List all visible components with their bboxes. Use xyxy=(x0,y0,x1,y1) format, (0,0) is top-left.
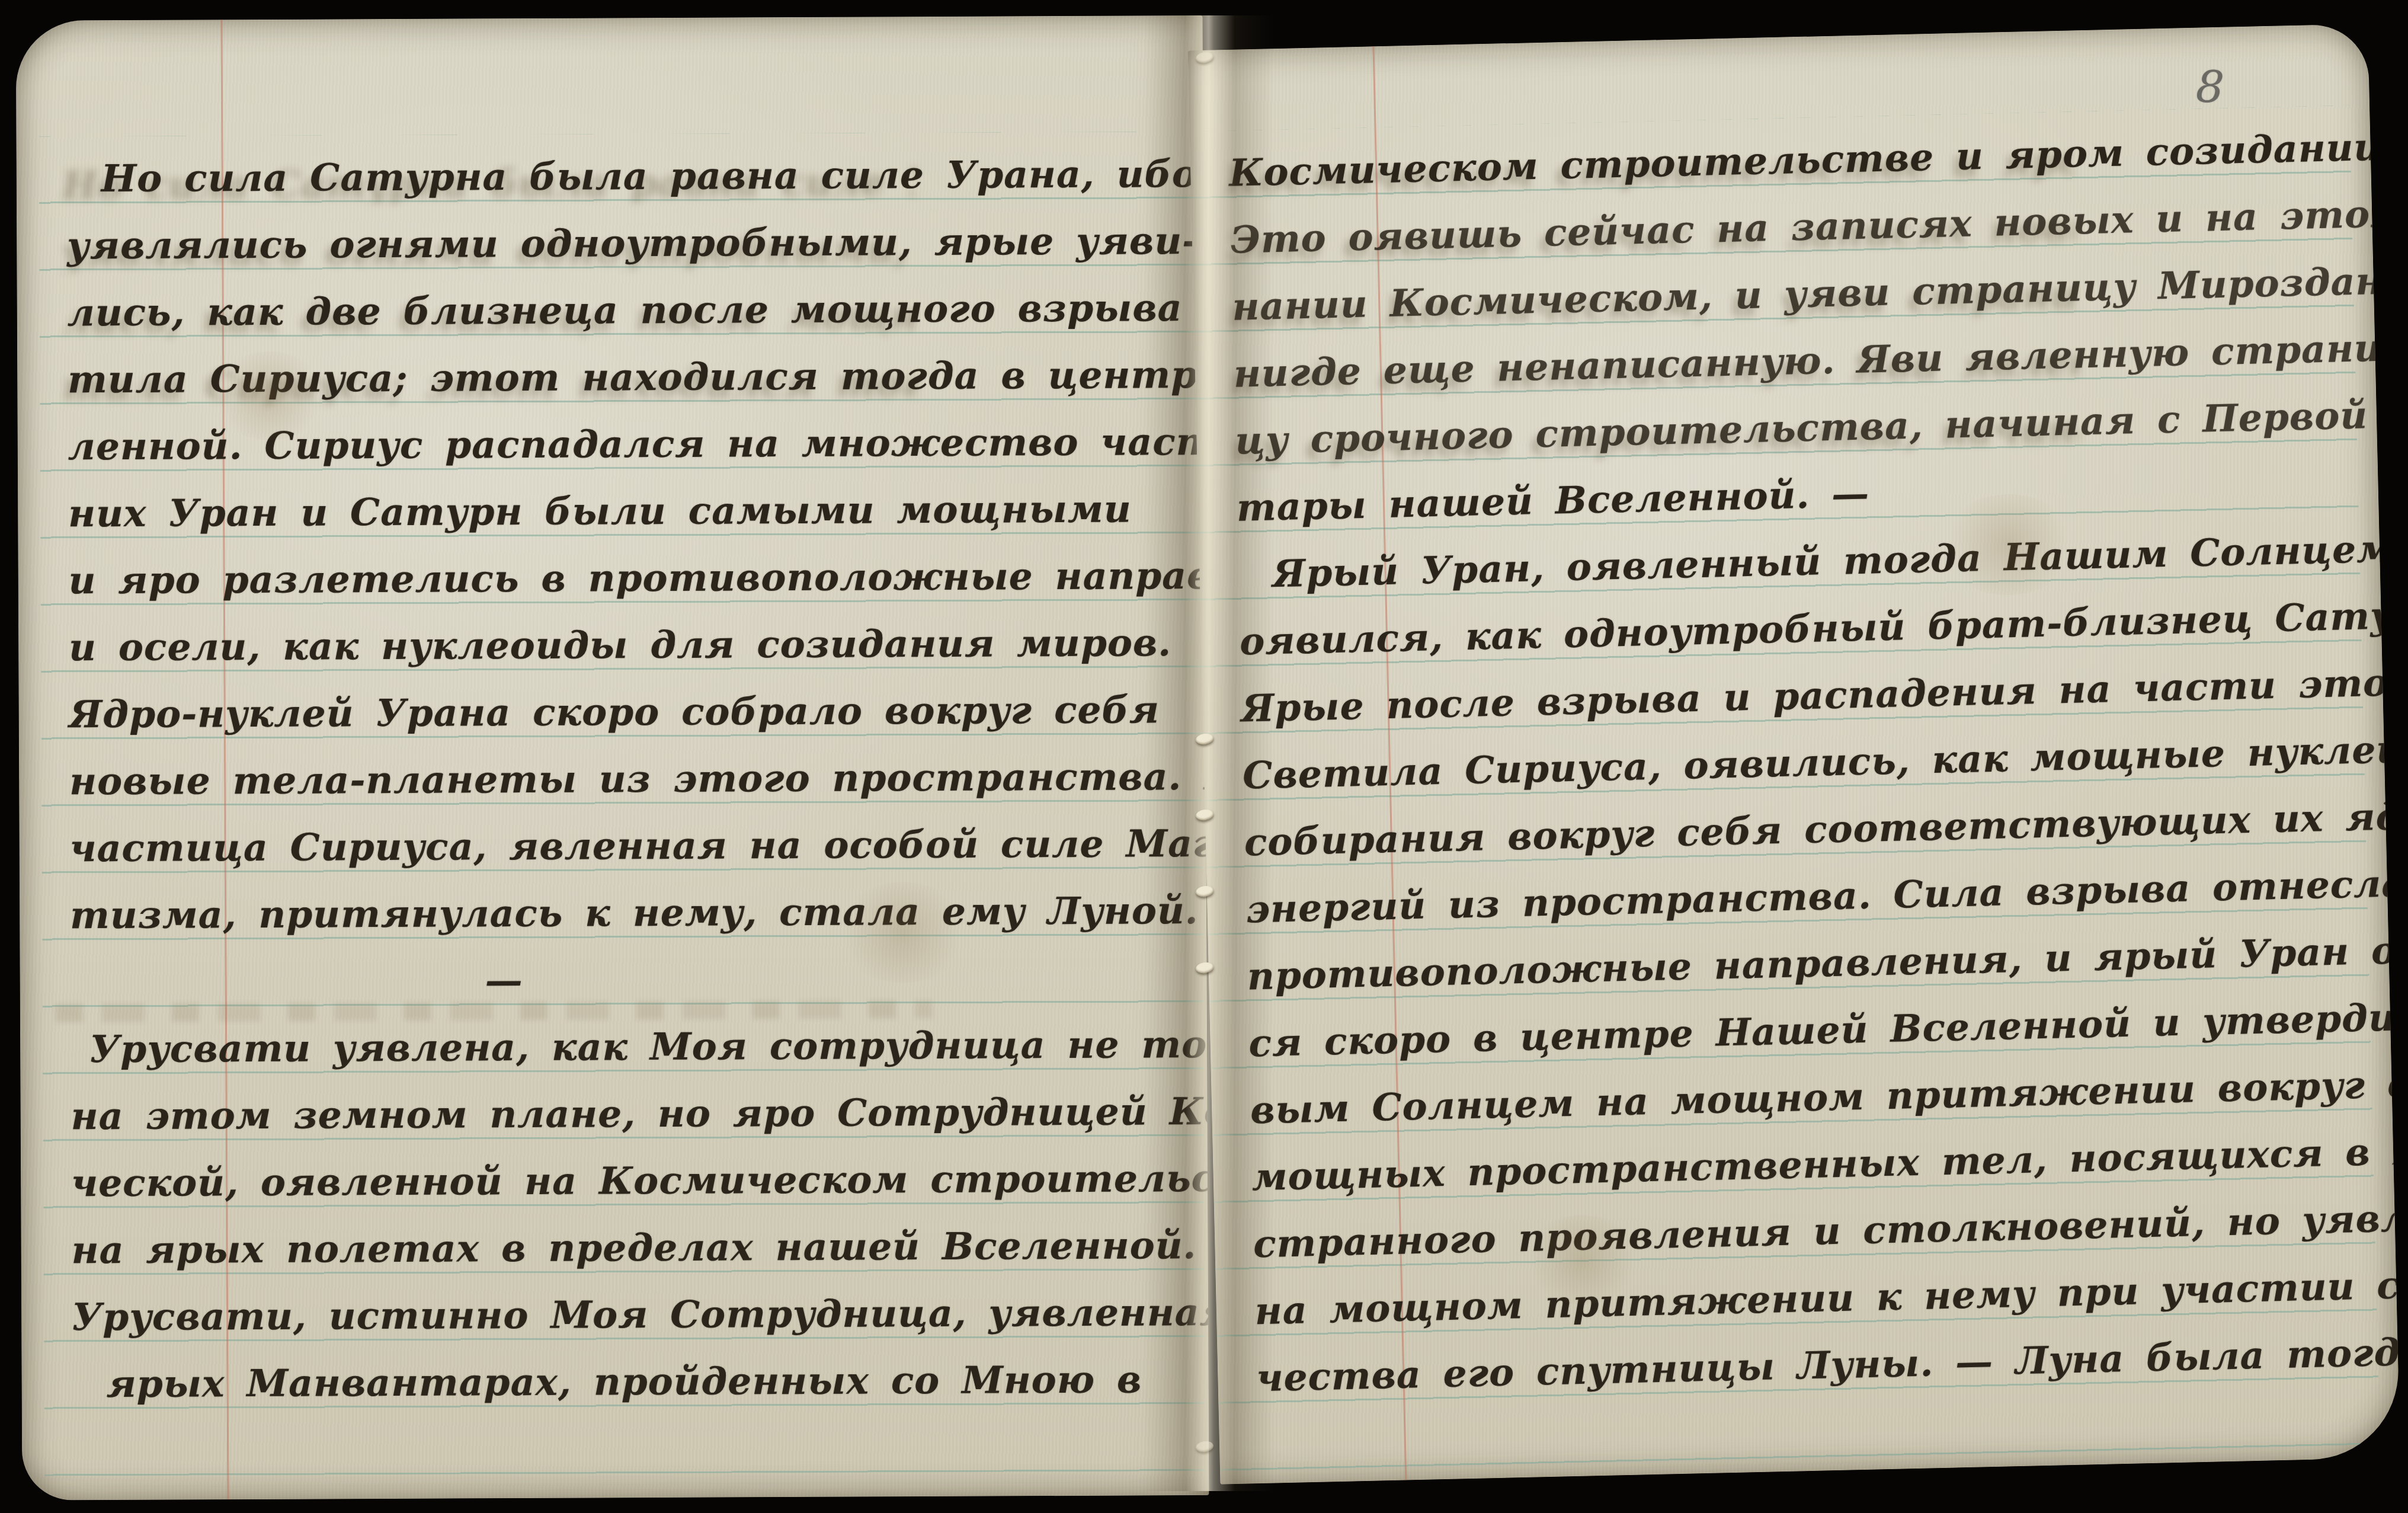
handwritten-line: Но сила Сатурна была равна силе Урана, и… xyxy=(67,155,1209,197)
handwritten-line: Ядро-нуклей Урана скоро собрало вокруг с… xyxy=(69,691,1160,733)
handwritten-line: ленной. Сириус распадался на множество ч… xyxy=(68,423,1209,466)
handwritten-line: и яро разлетелись в противоположные напр… xyxy=(69,556,1209,599)
handwritten-line: цу срочного строительства, начиная с Пер… xyxy=(1235,392,2400,459)
handwritten-line: собирания вокруг себя соответствующих их… xyxy=(1244,797,2400,861)
handwritten-line: тизма, притянулась к нему, стала ему Лун… xyxy=(70,892,1199,934)
handwritten-line: тары нашей Вселенной. — xyxy=(1236,475,1869,526)
handwritten-line: оявился, как одноутробный брат-близнец С… xyxy=(1239,595,2400,661)
handwritten-line: новые тела-планеты из этого пространства… xyxy=(69,757,1209,801)
page-number: 8 xyxy=(2195,61,2225,113)
handwritten-line: мощных пространственных тел, носящихся в… xyxy=(1251,1130,2400,1196)
handwritten-line: и осели, как нуклеоиды для созидания мир… xyxy=(69,624,1171,666)
handwritten-line: чества его спутницы Луны. — Луна была то… xyxy=(1256,1330,2400,1397)
handwritten-line: лись, как две близнеца после мощного взр… xyxy=(68,289,1209,331)
right-page: 8 Космическом строительстве и яром созид… xyxy=(1188,24,2400,1485)
left-page: Но сила Сатурна была равна силе Урана, и… xyxy=(16,15,1209,1501)
handwritten-line: Космическом строительстве и яром созидан… xyxy=(1229,124,2400,192)
handwritten-line: Ярый Уран, оявленный тогда Нашим Солнцем… xyxy=(1238,530,2400,594)
handwritten-line: уявлялись огнями одноутробными, ярые уяв… xyxy=(67,222,1198,264)
handwritten-line: Урусвати уявлена, как Моя сотрудница не … xyxy=(71,1025,1209,1068)
handwritten-line: на мощном притяжении к нему при участии … xyxy=(1254,1262,2400,1330)
handwritten-line: Светила Сириуса, оявились, как мощные ну… xyxy=(1243,728,2400,795)
handwritten-line: ся скоро в центре Нашей Вселенной и утве… xyxy=(1248,995,2400,1063)
notebook-spread: Но сила Сатурна была равна силе Урана, и… xyxy=(0,0,2408,1513)
handwritten-line: ческой, оявленной на Космическом строите… xyxy=(71,1159,1209,1202)
separator-dash: — xyxy=(71,962,523,1001)
handwritten-line: Это оявишь сейчас на записях новых и на … xyxy=(1230,192,2400,258)
handwritten-line: энергий из пространства. Сила взрыва отн… xyxy=(1245,862,2400,928)
handwritten-line: ярых Манвантарах, пройденных со Мною в xyxy=(72,1361,1142,1403)
ink-bleed-ghost xyxy=(56,1000,933,1022)
handwritten-line: частица Сириуса, явленная на особой силе… xyxy=(70,824,1209,867)
handwritten-line: Ярые после взрыва и распадения на части … xyxy=(1241,663,2400,728)
handwritten-line: Урусвати, истинно Моя Сотрудница, уявлен… xyxy=(72,1293,1209,1336)
handwritten-line: нании Космическом, и уяви страницу Мироз… xyxy=(1232,261,2400,325)
handwritten-line: тила Сириуса; этот находился тогда в цен… xyxy=(68,356,1209,398)
handwritten-line: странного проявления и столкновений, но … xyxy=(1253,1197,2400,1264)
handwritten-line: противоположные направления, и ярый Уран… xyxy=(1247,929,2400,996)
handwritten-line: них Уран и Сатурн были самыми мощными xyxy=(68,491,1132,533)
handwritten-line: на ярых полетах в пределах нашей Вселенн… xyxy=(71,1227,1196,1269)
handwritten-line: вым Солнцем на мощном притяжении вокруг … xyxy=(1250,1064,2400,1130)
handwritten-line: нигде еще ненаписанную. Яви явленную стр… xyxy=(1233,329,2398,393)
handwritten-line: на этом земном плане, но яро Сотрудницей… xyxy=(71,1092,1209,1135)
